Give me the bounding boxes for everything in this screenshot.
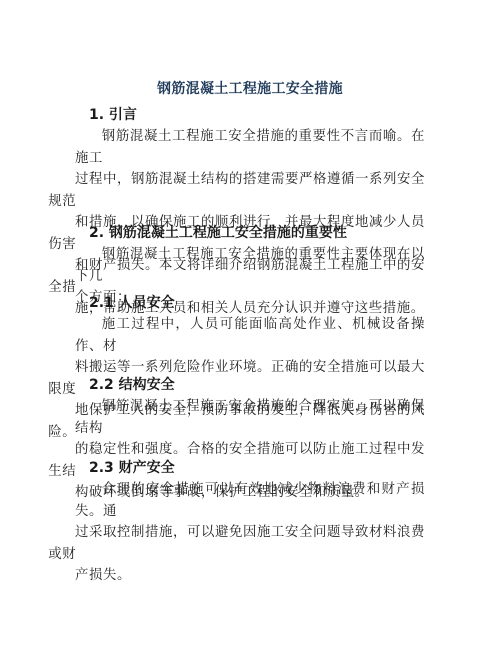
text-line: 过采取控制措施，可以避免因施工安全问题导致材料浪费或财 [48,522,425,565]
section-heading-intro: 1. 引言 [89,104,137,124]
document-page: 钢筋混凝土工程施工安全措施 1. 引言 钢筋混凝土工程施工安全措施的重要性不言而… [0,0,500,647]
section-heading-personnel-safety: 2.1 人员安全 [89,292,175,312]
text-line: 钢筋混凝土工程施工安全措施的重要性主要体现在以下几 [75,244,425,287]
section-heading-structural-safety: 2.2 结构安全 [89,374,175,394]
document-title: 钢筋混凝土工程施工安全措施 [0,78,500,98]
text-line: 合理的安全措施可以有效地减少物料浪费和财产损失。通 [75,479,425,522]
text-line: 施工过程中，人员可能面临高处作业、机械设备操作、材 [75,314,425,357]
text-line: 产损失。 [48,565,425,587]
section-heading-importance: 2. 钢筋混凝土工程施工安全措施的重要性 [89,222,347,242]
text-line: 钢筋混凝土工程施工安全措施的重要性不言而喻。在施工 [75,126,425,169]
section-heading-property-safety: 2.3 财产安全 [89,457,175,477]
text-line: 过程中，钢筋混凝土结构的搭建需要严格遵循一系列安全规范 [48,169,425,212]
text-line: 钢筋混凝土工程施工安全措施的合理实施，可以确保结构 [75,396,425,439]
section-paragraph-property-safety: 合理的安全措施可以有效地减少物料浪费和财产损失。通 过采取控制措施，可以避免因施… [75,479,425,587]
